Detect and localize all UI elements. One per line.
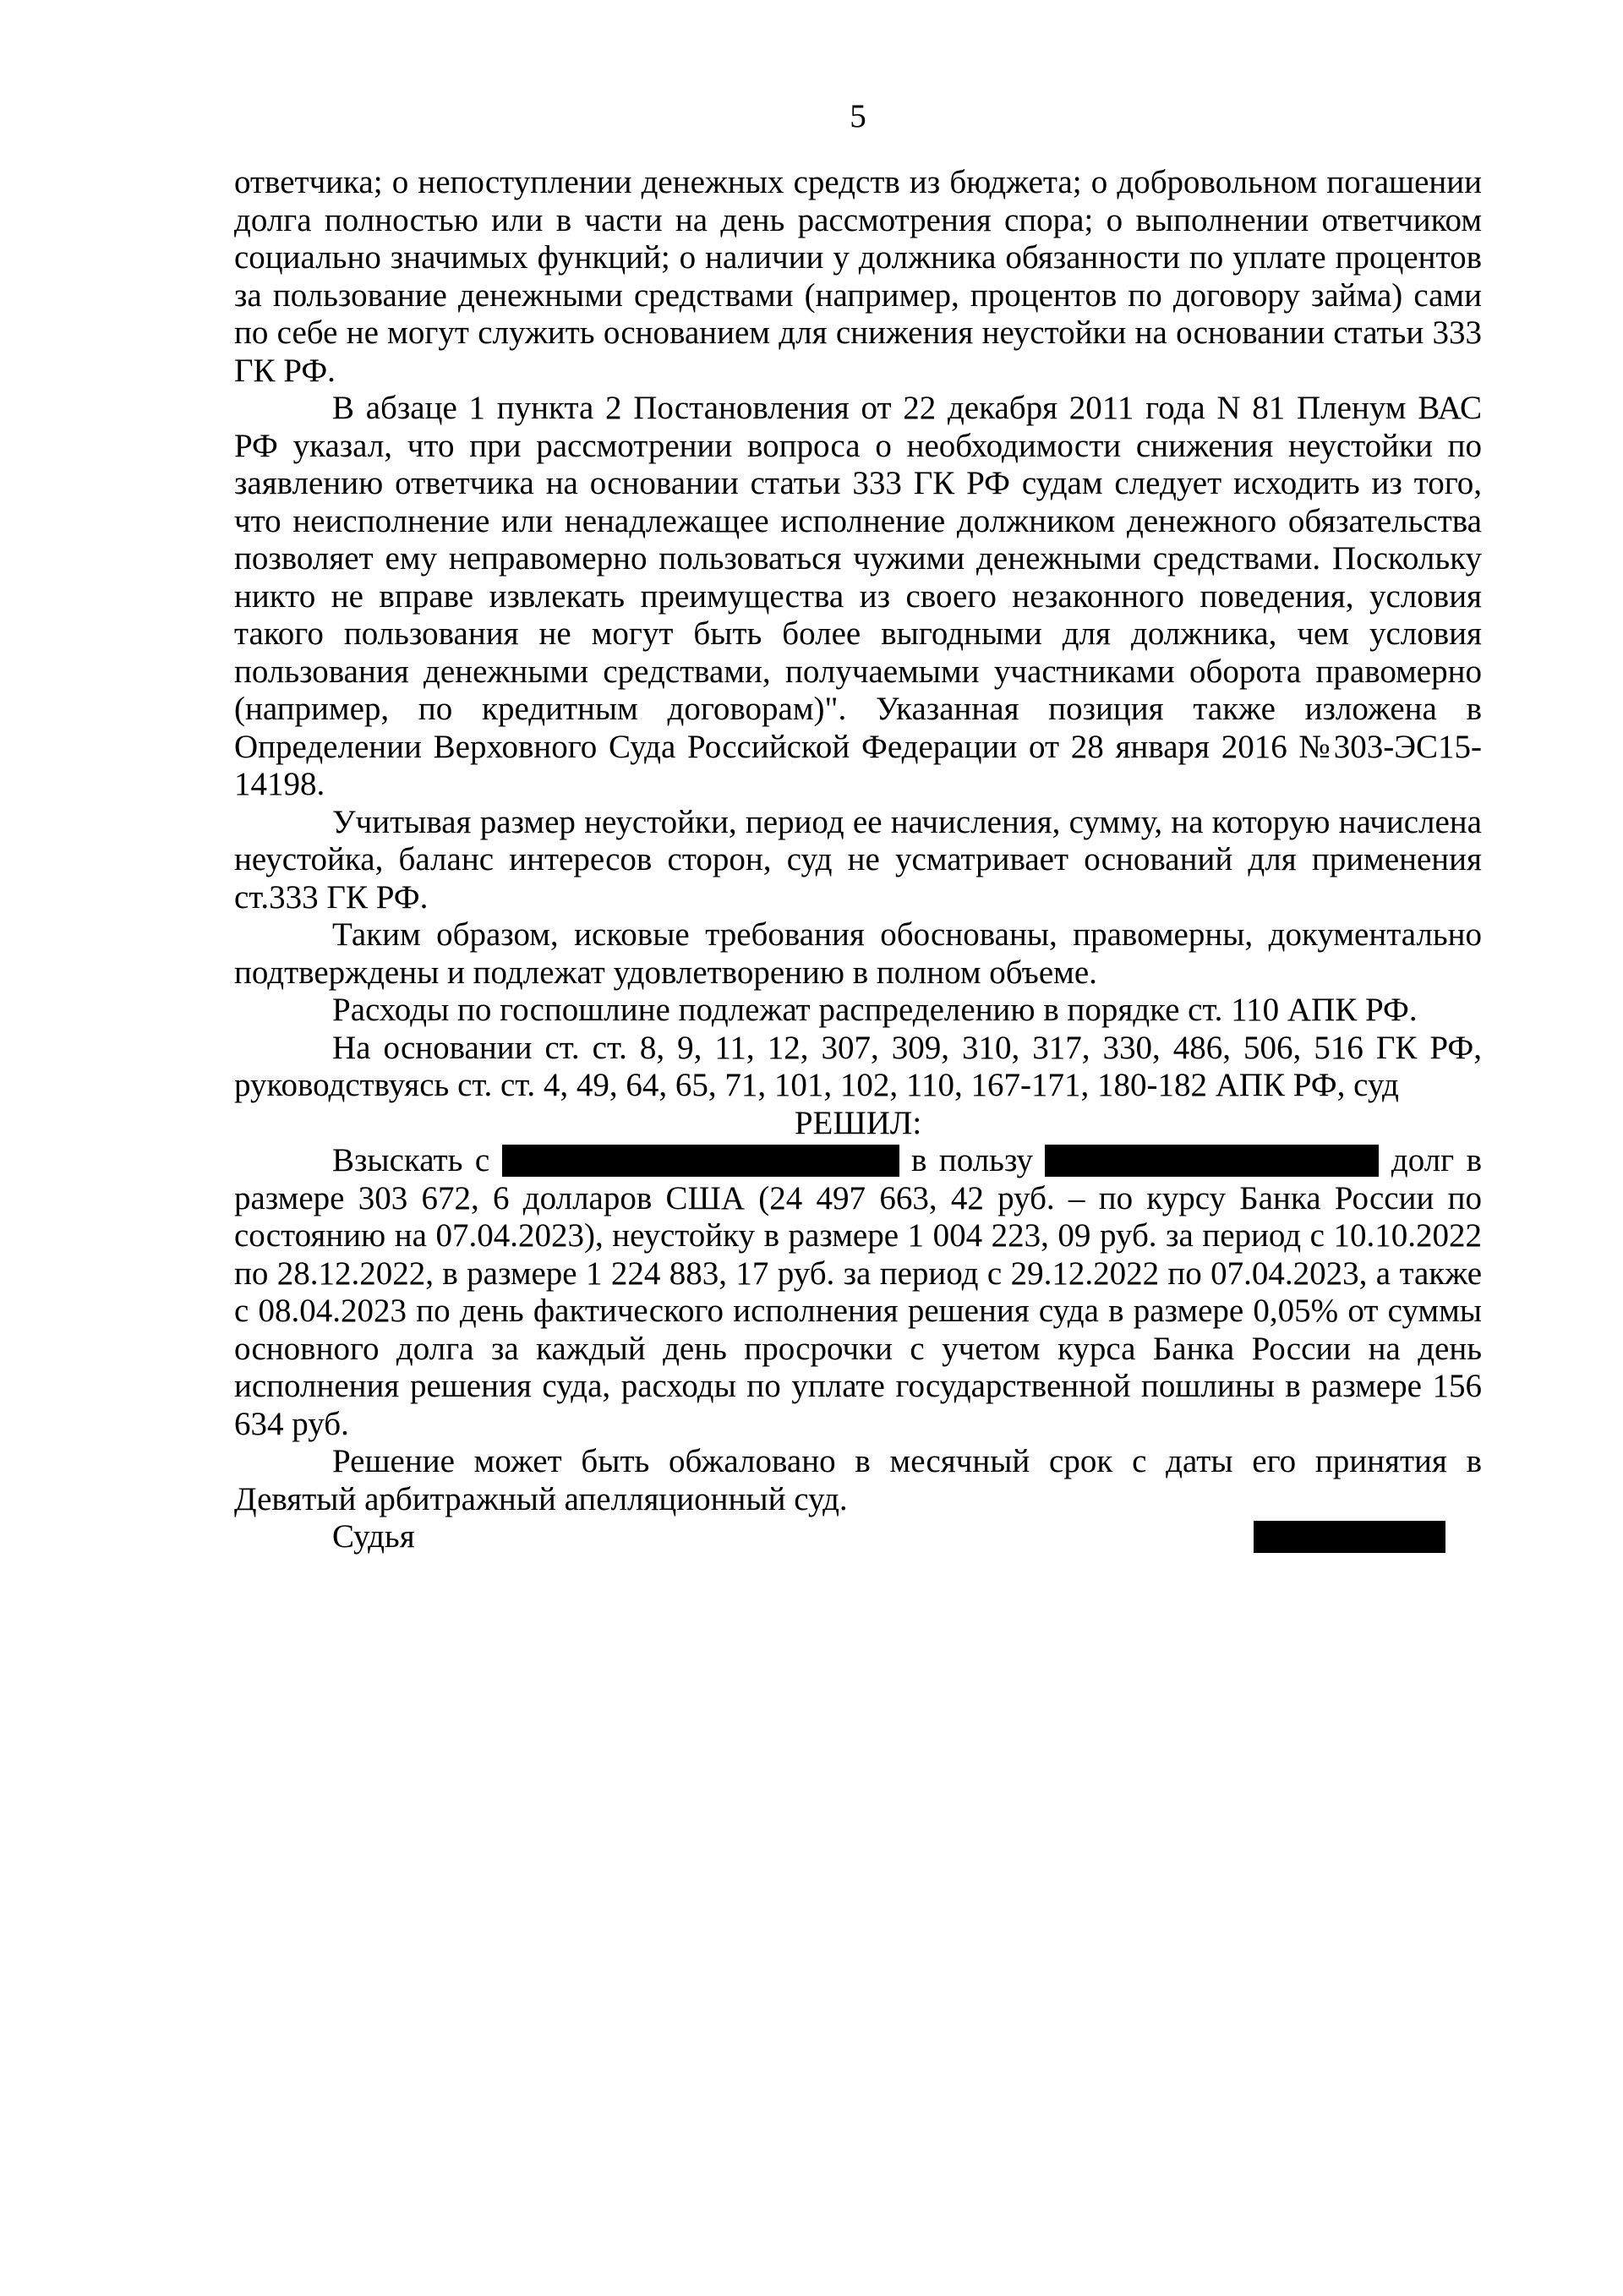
resolution-heading: РЕШИЛ: (234, 1105, 1482, 1143)
paragraph-continuation: ответчика; о непоступлении денежных сред… (234, 164, 1482, 390)
signature-row: Судья (234, 1518, 1482, 1556)
decision-text-part2: в пользу (899, 1142, 1046, 1178)
paragraph-penalty-assessment: Учитывая размер неустойки, период ее нач… (234, 804, 1482, 917)
paragraph-court-fees: Расходы по госпошлине подлежат распредел… (234, 992, 1482, 1030)
page-number: 5 (234, 98, 1482, 135)
paragraph-decision: Взыскать с в пользу долг в размере 303 6… (234, 1142, 1482, 1443)
decision-text-part3: долг в размере 303 672, 6 долларов США (… (234, 1142, 1482, 1442)
paragraph-legal-basis: На основании ст. ст. 8, 9, 11, 12, 307, … (234, 1030, 1482, 1105)
redaction-bar-plaintiff-name (1045, 1145, 1379, 1177)
paragraph-plenum-vas: В абзаце 1 пункта 2 Постановления от 22 … (234, 390, 1482, 804)
redaction-bar-judge-signature (1254, 1521, 1445, 1553)
paragraph-claims-justified: Таким образом, исковые требования обосно… (234, 916, 1482, 992)
paragraph-appeal: Решение может быть обжаловано в месячный… (234, 1443, 1482, 1518)
decision-text-part1: Взыскать с (332, 1142, 502, 1178)
redaction-bar-defendant-name (502, 1145, 899, 1177)
document-body: ответчика; о непоступлении денежных сред… (234, 164, 1482, 1556)
judge-label: Судья (234, 1518, 415, 1556)
